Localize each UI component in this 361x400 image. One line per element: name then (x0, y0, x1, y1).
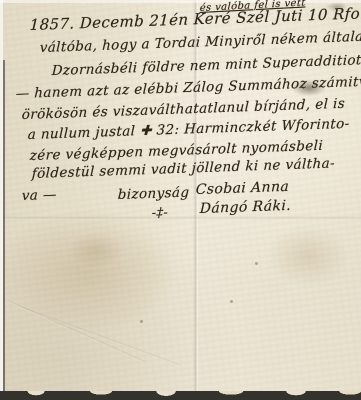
paper-edge-shadow (3, 60, 5, 394)
paper-speck (230, 300, 233, 303)
paper-speck (140, 320, 143, 323)
scanned-document: és valóba fel is vett 1857. Decemb 21én … (0, 0, 361, 400)
horizontal-fold-crease (0, 216, 361, 220)
signature-csobai-anna: Csobai Anna (195, 179, 289, 198)
torn-bottom-edge (0, 391, 361, 400)
cross-mark: -‡- (151, 205, 168, 221)
scan-edge-top (0, 0, 361, 3)
signature-dango-raki: Dángó Ráki. (199, 198, 291, 217)
continuation-word: va — (21, 187, 57, 204)
witness-label: bizonyság (117, 184, 189, 203)
paper-speck (255, 262, 258, 265)
